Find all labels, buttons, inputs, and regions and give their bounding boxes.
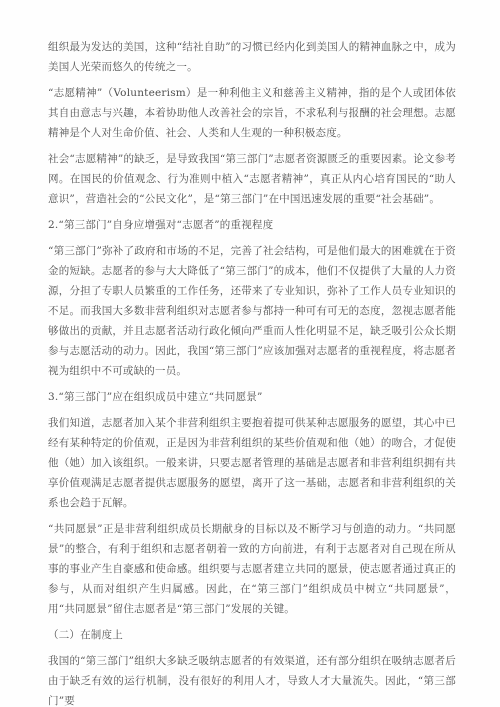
paragraph: “志愿精神”（Volunteerism）是一种利他主义和慈善主义精神，指的是个人… [48, 83, 456, 143]
paragraph: 我国的“第三部门”组织大多缺乏吸纳志愿者的有效渠道，还有部分组织在吸纳志愿者后由… [48, 651, 456, 707]
paragraph: 组织最为发达的美国，这种“结社自助”的习惯已经内化到美国人的精神血脉之中，成为美… [48, 37, 456, 77]
paragraph: “第三部门”弥补了政府和市场的不足，完善了社会结构，可是他们最大的困难就在于资金… [48, 241, 456, 381]
paragraph: 我们知道，志愿者加入某个非营利组织主要抱着提可供某种志愿服务的愿望，其心中已经有… [48, 413, 456, 513]
paragraph: 社会“志愿精神”的缺乏，是导致我国“第三部门”志愿者资源匮乏的重要因素。论文参考… [48, 149, 456, 209]
section-heading-institutional: （二）在制度上 [48, 625, 456, 645]
paragraph: “共同愿景”正是非营利组织成员长期献身的目标以及不断学习与创造的动力。“共同愿景… [48, 519, 456, 619]
section-heading-shared-vision: 3.“第三部门”应在组织成员中建立“共同愿景” [48, 387, 456, 407]
document-page: 组织最为发达的美国，这种“结社自助”的习惯已经内化到美国人的精神血脉之中，成为美… [0, 0, 500, 707]
section-heading-volunteer-importance: 2.“第三部门”自身应增强对“志愿者”的重视程度 [48, 215, 456, 235]
